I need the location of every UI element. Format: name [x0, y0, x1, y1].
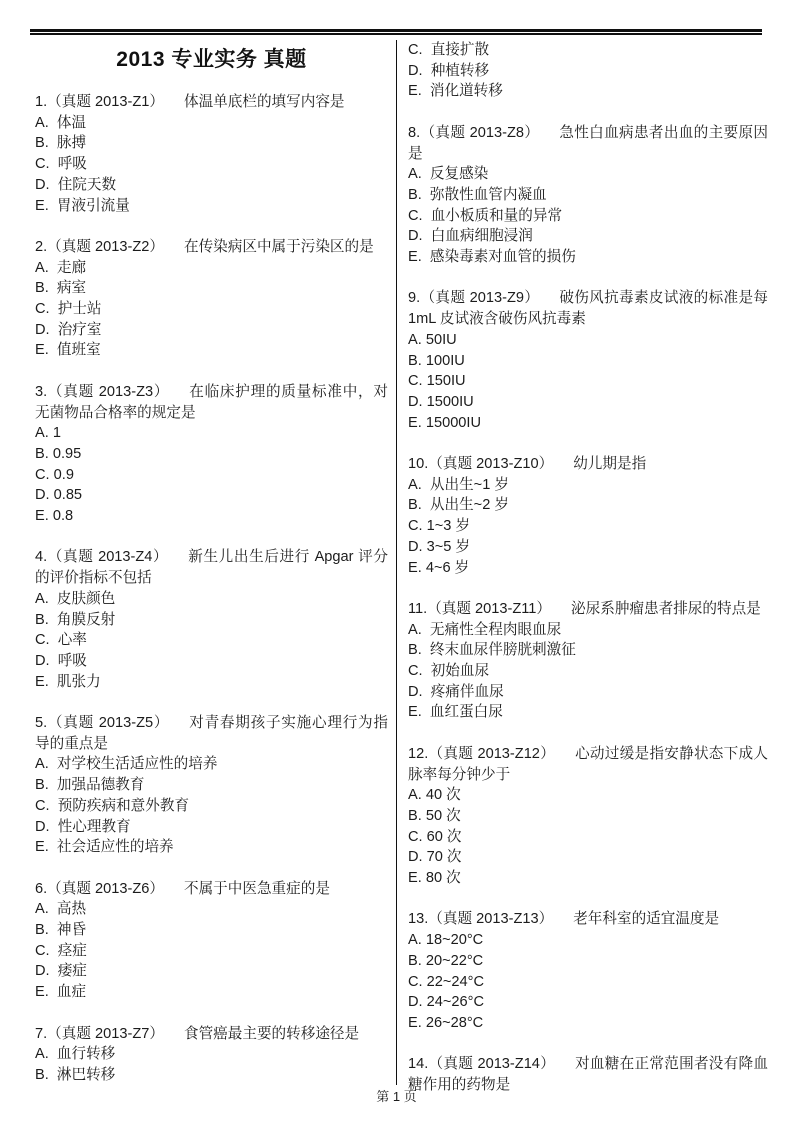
- answer-option: D. 24~26°C: [408, 992, 768, 1013]
- answer-option: A. 皮肤颜色: [35, 589, 388, 610]
- answer-option: C. 150IU: [408, 371, 768, 392]
- answer-option: C. 0.9: [35, 465, 388, 486]
- answer-option: D. 种植转移: [408, 61, 768, 82]
- answer-option: A. 40 次: [408, 785, 768, 806]
- answer-option: C. 心率: [35, 630, 388, 651]
- question-line: 8.（真题 2013-Z8）急性白血病患者出血的主要原因是: [408, 123, 768, 164]
- answer-option: D. 疼痛伴血尿: [408, 682, 768, 703]
- question-number-tag: 11.（真题 2013-Z11）: [408, 601, 551, 617]
- question-number-tag: 14.（真题 2013-Z14）: [408, 1056, 555, 1072]
- answer-option: C. 1~3 岁: [408, 516, 768, 537]
- question-number-tag: 12.（真题 2013-Z12）: [408, 746, 555, 762]
- answer-option: B. 神昏: [35, 920, 388, 941]
- question-line: 12.（真题 2013-Z12）心动过缓是指安静状态下成人脉率每分钟少于: [408, 744, 768, 785]
- question-number-tag: 8.（真题 2013-Z8）: [408, 125, 539, 141]
- answer-option: E. 血红蛋白尿: [408, 702, 768, 723]
- question-block: 8.（真题 2013-Z8）急性白血病患者出血的主要原因是A. 反复感染B. 弥…: [408, 123, 768, 268]
- question-block: 4.（真题 2013-Z4）新生儿出生后进行 Apgar 评分的评价指标不包括A…: [35, 547, 388, 692]
- question-stem: 体温单底栏的填写内容是: [184, 94, 345, 110]
- question-block: 3.（真题 2013-Z3）在临床护理的质量标准中，对无菌物品合格率的规定是A.…: [35, 382, 388, 527]
- answer-option: B. 终末血尿伴膀胱刺激征: [408, 640, 768, 661]
- question-block: 10.（真题 2013-Z10）幼儿期是指A. 从出生~1 岁B. 从出生~2 …: [408, 454, 768, 578]
- answer-option: D. 痿症: [35, 961, 388, 982]
- answer-option: E. 肌张力: [35, 672, 388, 693]
- answer-option: E. 15000IU: [408, 413, 768, 434]
- answer-option: B. 脉搏: [35, 133, 388, 154]
- answer-option: B. 20~22°C: [408, 951, 768, 972]
- question-number-tag: 2.（真题 2013-Z2）: [35, 239, 164, 255]
- answer-option: E. 80 次: [408, 868, 768, 889]
- question-line: 4.（真题 2013-Z4）新生儿出生后进行 Apgar 评分的评价指标不包括: [35, 547, 388, 588]
- question-line: 1.（真题 2013-Z1）体温单底栏的填写内容是: [35, 92, 388, 113]
- right-column: C. 直接扩散D. 种植转移E. 消化道转移8.（真题 2013-Z8）急性白血…: [408, 40, 768, 1096]
- answer-option: D. 3~5 岁: [408, 537, 768, 558]
- answer-option: A. 反复感染: [408, 164, 768, 185]
- question-stem: 幼儿期是指: [573, 456, 646, 472]
- answer-option: B. 从出生~2 岁: [408, 495, 768, 516]
- answer-option: B. 病室: [35, 278, 388, 299]
- answer-option: A. 无痛性全程肉眼血尿: [408, 620, 768, 641]
- question-block: 2.（真题 2013-Z2）在传染病区中属于污染区的是A. 走廊B. 病室C. …: [35, 237, 388, 361]
- answer-option: E. 0.8: [35, 506, 388, 527]
- question-block: 6.（真题 2013-Z6）不属于中医急重症的是A. 高热B. 神昏C. 痉症D…: [35, 879, 388, 1003]
- question-block: 13.（真题 2013-Z13）老年科室的适宜温度是A. 18~20°CB. 2…: [408, 909, 768, 1033]
- answer-option: A. 走廊: [35, 258, 388, 279]
- exam-document-page: 2013 专业实务 真题 1.（真题 2013-Z1）体温单底栏的填写内容是A.…: [0, 0, 793, 1122]
- answer-option: D. 治疗室: [35, 320, 388, 341]
- question-line: 11.（真题 2013-Z11）泌尿系肿瘤患者排尿的特点是: [408, 599, 768, 620]
- right-question-list: C. 直接扩散D. 种植转移E. 消化道转移8.（真题 2013-Z8）急性白血…: [408, 40, 768, 1096]
- answer-option: C. 22~24°C: [408, 972, 768, 993]
- answer-option: B. 角膜反射: [35, 610, 388, 631]
- answer-option: B. 100IU: [408, 351, 768, 372]
- answer-option: B. 弥散性血管内凝血: [408, 185, 768, 206]
- left-column: 2013 专业实务 真题 1.（真题 2013-Z1）体温单底栏的填写内容是A.…: [35, 47, 388, 1086]
- answer-option: A. 血行转移: [35, 1044, 388, 1065]
- question-line: 13.（真题 2013-Z13）老年科室的适宜温度是: [408, 909, 768, 930]
- answer-option: C. 直接扩散: [408, 40, 768, 61]
- answer-option: D. 白血病细胞浸润: [408, 226, 768, 247]
- answer-option: A. 1: [35, 423, 388, 444]
- question-number-tag: 7.（真题 2013-Z7）: [35, 1026, 164, 1042]
- question-number-tag: 3.（真题 2013-Z3）: [35, 384, 169, 400]
- answer-option: E. 胃液引流量: [35, 196, 388, 217]
- answer-option: D. 住院天数: [35, 175, 388, 196]
- answer-option: C. 60 次: [408, 827, 768, 848]
- answer-option: C. 护士站: [35, 299, 388, 320]
- answer-option: C. 呼吸: [35, 154, 388, 175]
- question-block: 12.（真题 2013-Z12）心动过缓是指安静状态下成人脉率每分钟少于A. 4…: [408, 744, 768, 889]
- question-stem: 泌尿系肿瘤患者排尿的特点是: [571, 601, 761, 617]
- question-number-tag: 6.（真题 2013-Z6）: [35, 881, 164, 897]
- question-line: 9.（真题 2013-Z9）破伤风抗毒素皮试液的标准是每 1mL 皮试液含破伤风…: [408, 288, 768, 329]
- question-number-tag: 4.（真题 2013-Z4）: [35, 549, 168, 565]
- answer-option: E. 26~28°C: [408, 1013, 768, 1034]
- answer-option: B. 50 次: [408, 806, 768, 827]
- question-line: 6.（真题 2013-Z6）不属于中医急重症的是: [35, 879, 388, 900]
- answer-option: E. 感染毒素对血管的损伤: [408, 247, 768, 268]
- answer-option: E. 血症: [35, 982, 388, 1003]
- answer-option: D. 性心理教育: [35, 817, 388, 838]
- answer-option: A. 高热: [35, 899, 388, 920]
- question-number-tag: 13.（真题 2013-Z13）: [408, 911, 553, 927]
- question-stem: 老年科室的适宜温度是: [573, 911, 719, 927]
- answer-option: A. 18~20°C: [408, 930, 768, 951]
- answer-option: C. 初始血尿: [408, 661, 768, 682]
- question-block: 1.（真题 2013-Z1）体温单底栏的填写内容是A. 体温B. 脉搏C. 呼吸…: [35, 92, 388, 216]
- answer-option: B. 淋巴转移: [35, 1065, 388, 1086]
- answer-option: E. 值班室: [35, 340, 388, 361]
- answer-option: E. 消化道转移: [408, 81, 768, 102]
- answer-option: A. 体温: [35, 113, 388, 134]
- answer-option: D. 呼吸: [35, 651, 388, 672]
- question-line: 10.（真题 2013-Z10）幼儿期是指: [408, 454, 768, 475]
- question-stem: 在传染病区中属于污染区的是: [184, 239, 374, 255]
- column-divider: [396, 40, 397, 1085]
- answer-option: B. 加强品德教育: [35, 775, 388, 796]
- question-line: 2.（真题 2013-Z2）在传染病区中属于污染区的是: [35, 237, 388, 258]
- question-line: 3.（真题 2013-Z3）在临床护理的质量标准中，对无菌物品合格率的规定是: [35, 382, 388, 423]
- question-block: 11.（真题 2013-Z11）泌尿系肿瘤患者排尿的特点是A. 无痛性全程肉眼血…: [408, 599, 768, 723]
- question-options-continued: C. 直接扩散D. 种植转移E. 消化道转移: [408, 40, 768, 102]
- question-stem: 食管癌最主要的转移途径是: [184, 1026, 359, 1042]
- answer-option: D. 70 次: [408, 847, 768, 868]
- answer-option: A. 50IU: [408, 330, 768, 351]
- question-number-tag: 5.（真题 2013-Z5）: [35, 715, 169, 731]
- question-number-tag: 9.（真题 2013-Z9）: [408, 290, 539, 306]
- question-stem: 不属于中医急重症的是: [184, 881, 330, 897]
- answer-option: E. 社会适应性的培养: [35, 837, 388, 858]
- question-block: 5.（真题 2013-Z5）对青春期孩子实施心理行为指导的重点是A. 对学校生活…: [35, 713, 388, 858]
- question-line: 7.（真题 2013-Z7）食管癌最主要的转移途径是: [35, 1024, 388, 1045]
- question-line: 5.（真题 2013-Z5）对青春期孩子实施心理行为指导的重点是: [35, 713, 388, 754]
- answer-option: E. 4~6 岁: [408, 558, 768, 579]
- answer-option: A. 从出生~1 岁: [408, 475, 768, 496]
- answer-option: C. 痉症: [35, 941, 388, 962]
- answer-option: D. 0.85: [35, 485, 388, 506]
- question-number-tag: 10.（真题 2013-Z10）: [408, 456, 553, 472]
- question-number-tag: 1.（真题 2013-Z1）: [35, 94, 164, 110]
- top-double-rule: [30, 29, 762, 35]
- page-number: 第 1 页: [0, 1086, 793, 1105]
- question-block: 7.（真题 2013-Z7）食管癌最主要的转移途径是A. 血行转移B. 淋巴转移: [35, 1024, 388, 1086]
- answer-option: C. 血小板质和量的异常: [408, 206, 768, 227]
- answer-option: D. 1500IU: [408, 392, 768, 413]
- page-title: 2013 专业实务 真题: [35, 47, 388, 73]
- answer-option: B. 0.95: [35, 444, 388, 465]
- answer-option: A. 对学校生活适应性的培养: [35, 754, 388, 775]
- question-block: 9.（真题 2013-Z9）破伤风抗毒素皮试液的标准是每 1mL 皮试液含破伤风…: [408, 288, 768, 433]
- answer-option: C. 预防疾病和意外教育: [35, 796, 388, 817]
- left-question-list: 1.（真题 2013-Z1）体温单底栏的填写内容是A. 体温B. 脉搏C. 呼吸…: [35, 92, 388, 1086]
